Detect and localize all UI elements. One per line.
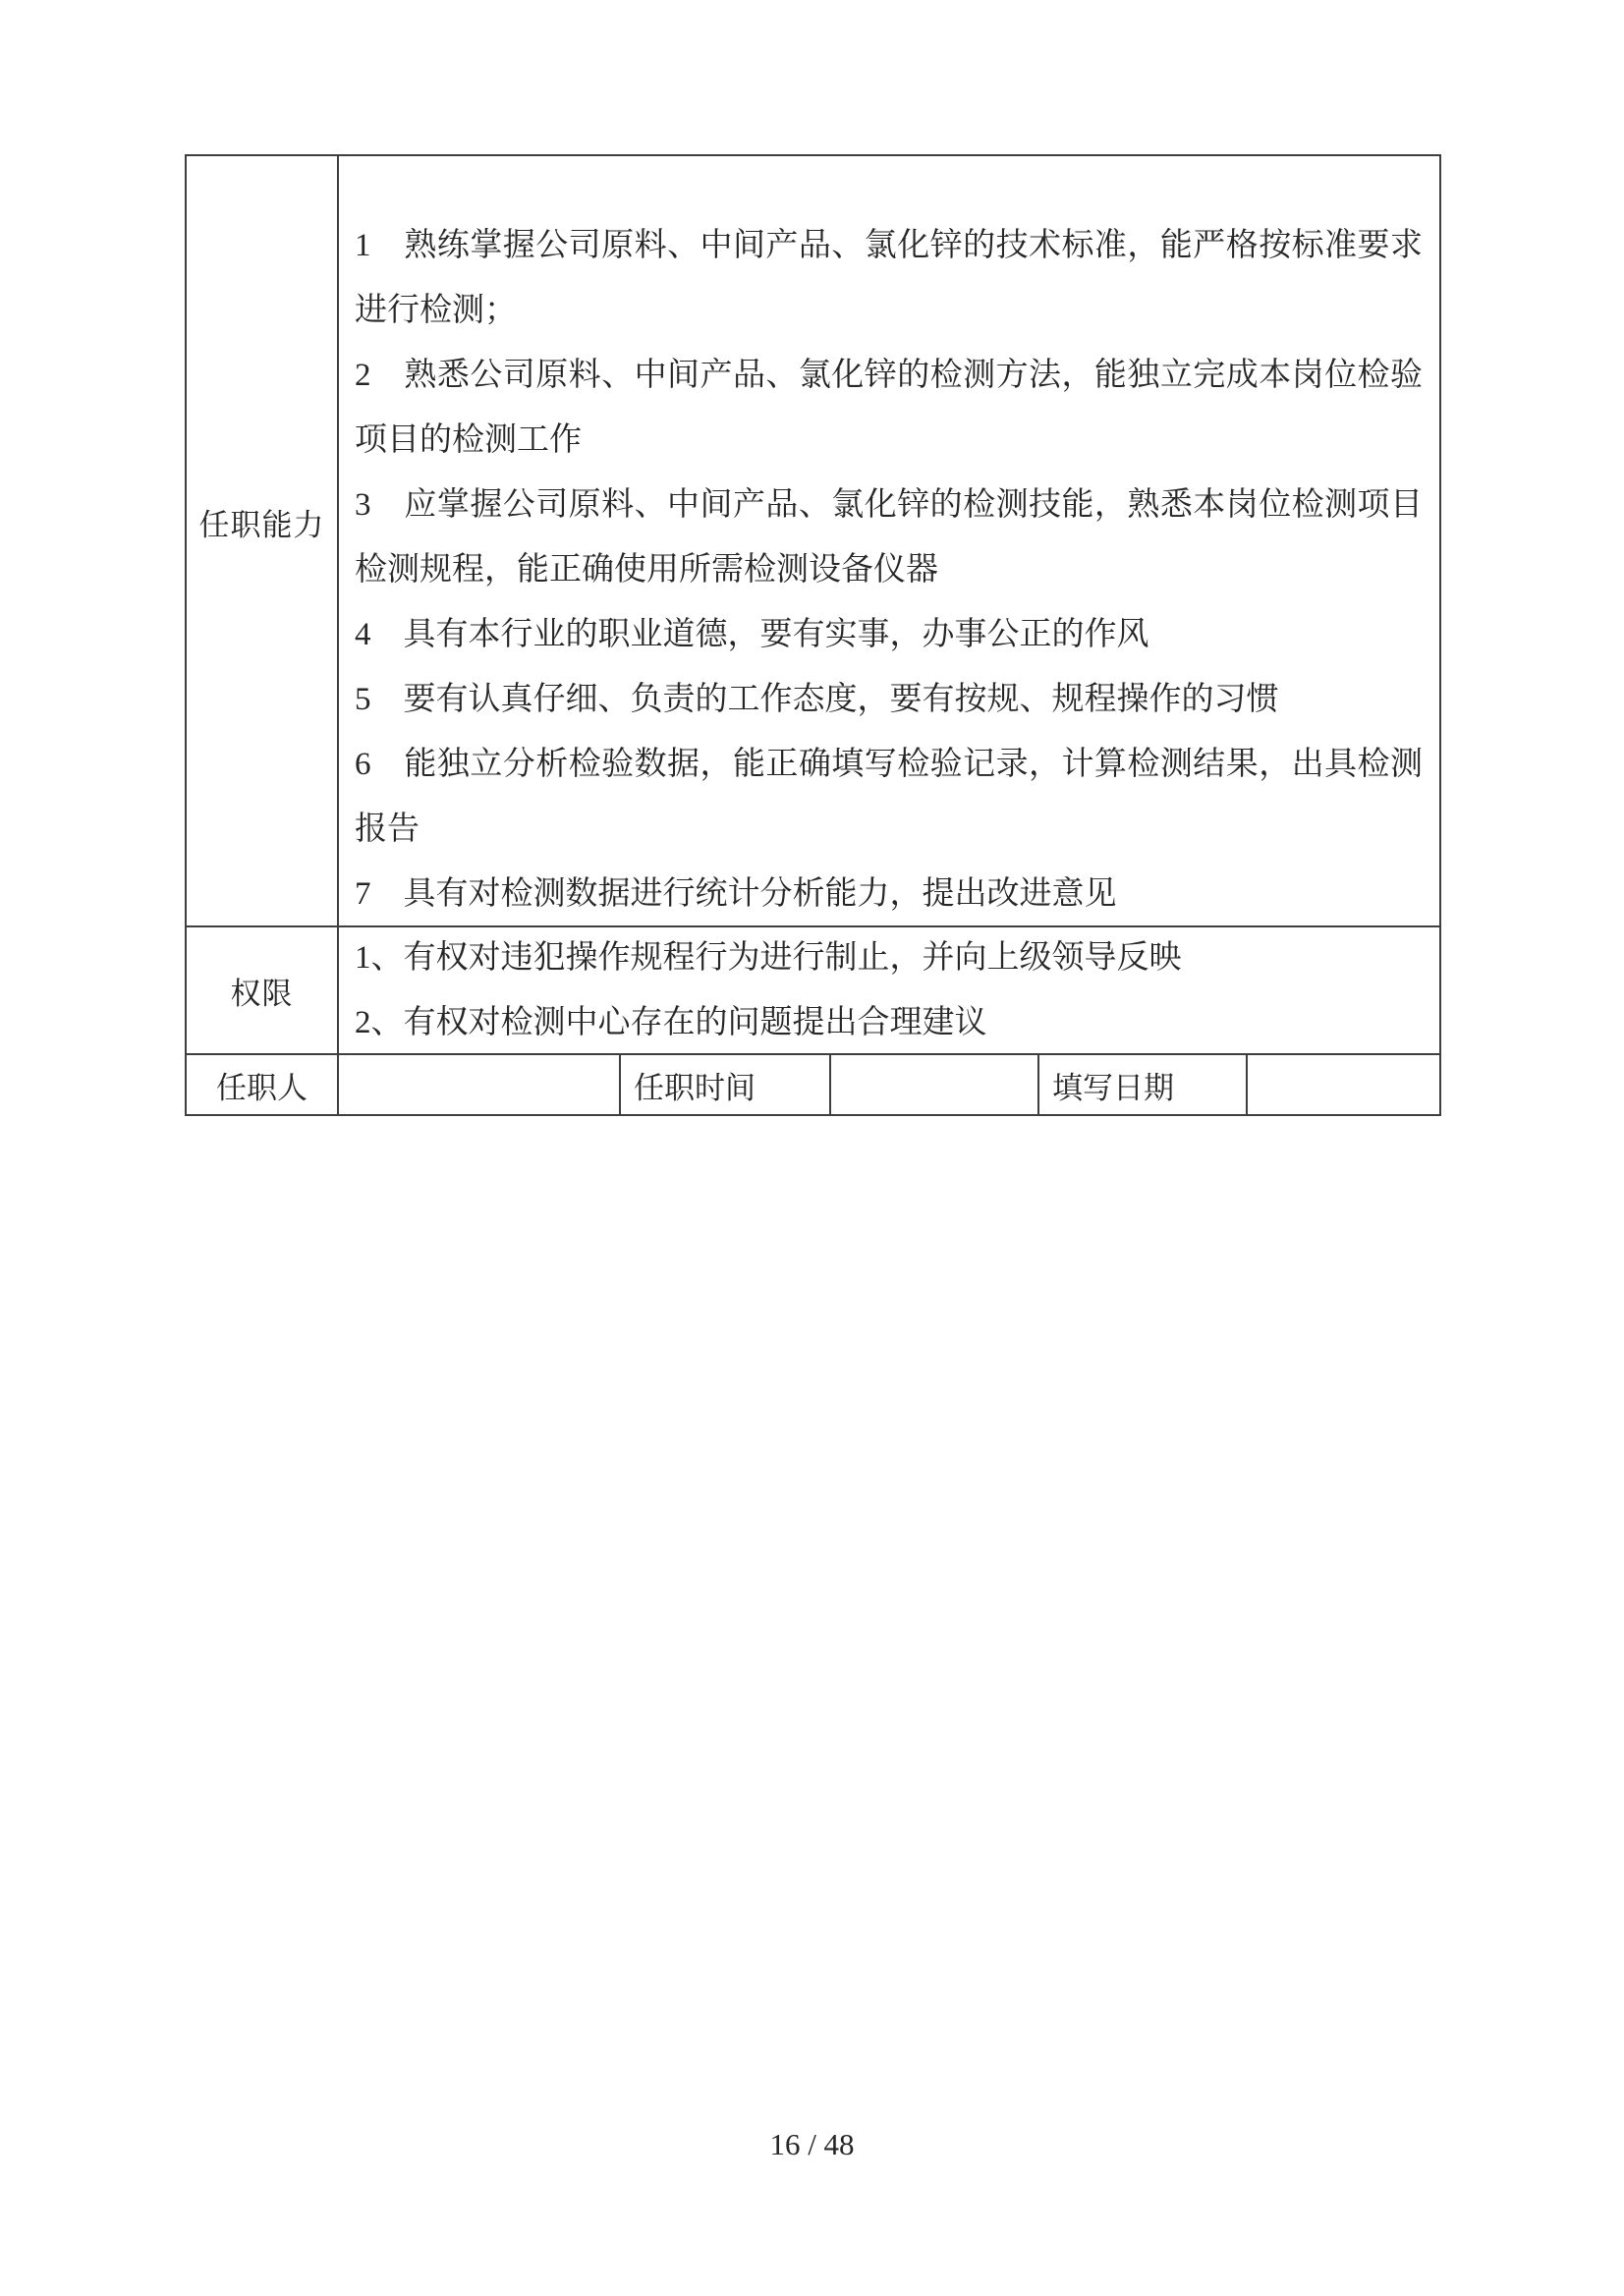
text-line: 6 能独立分析检验数据，能正确填写检验记录，计算检测结果，出具检测 <box>355 732 1423 797</box>
incumbent-value-cell <box>339 1055 621 1114</box>
capability-row: 任职能力 1 熟练掌握公司原料、中间产品、氯化锌的技术标准，能严格按标准要求进行… <box>187 156 1439 925</box>
signature-row: 任职人 任职时间 填写日期 <box>187 1053 1439 1114</box>
tenure-label-cell: 任职时间 <box>621 1055 831 1114</box>
text-line: 1 熟练掌握公司原料、中间产品、氯化锌的技术标准，能严格按标准要求 <box>355 213 1423 278</box>
authority-row: 权限 1、有权对违犯操作规程行为进行制止，并向上级领导反映2、有权对检测中心存在… <box>187 925 1439 1053</box>
tenure-value-cell <box>831 1055 1039 1114</box>
text-line: 7 具有对检测数据进行统计分析能力，提出改进意见 <box>355 862 1423 925</box>
page-number: 16 / 48 <box>0 2127 1624 2162</box>
text-line: 进行检测； <box>355 278 1423 343</box>
capability-content-cell: 1 熟练掌握公司原料、中间产品、氯化锌的技术标准，能严格按标准要求进行检测；2 … <box>339 156 1439 925</box>
text-line: 报告 <box>355 797 1423 862</box>
incumbent-label: 任职人 <box>216 1063 308 1107</box>
text-line: 2 熟悉公司原料、中间产品、氯化锌的检测方法，能独立完成本岗位检验 <box>355 343 1423 408</box>
authority-label: 权限 <box>231 969 294 1013</box>
text-line: 1、有权对违犯操作规程行为进行制止，并向上级领导反映 <box>355 927 1423 990</box>
text-line: 4 具有本行业的职业道德，要有实事，办事公正的作风 <box>355 602 1423 667</box>
text-line: 检测规程，能正确使用所需检测设备仪器 <box>355 537 1423 602</box>
fill-date-value-cell <box>1248 1055 1439 1114</box>
tenure-label: 任职时间 <box>634 1063 756 1107</box>
authority-label-cell: 权限 <box>187 927 339 1053</box>
capability-label: 任职能力 <box>199 500 325 544</box>
fill-date-label: 填写日期 <box>1052 1063 1174 1107</box>
text-line: 项目的检测工作 <box>355 408 1423 473</box>
capability-label-cell: 任职能力 <box>187 156 339 925</box>
authority-content-cell: 1、有权对违犯操作规程行为进行制止，并向上级领导反映2、有权对检测中心存在的问题… <box>339 927 1439 1053</box>
incumbent-label-cell: 任职人 <box>187 1055 339 1114</box>
job-description-table: 任职能力 1 熟练掌握公司原料、中间产品、氯化锌的技术标准，能严格按标准要求进行… <box>185 154 1441 1116</box>
fill-date-label-cell: 填写日期 <box>1039 1055 1248 1114</box>
text-line: 5 要有认真仔细、负责的工作态度，要有按规、规程操作的习惯 <box>355 667 1423 732</box>
document-page: 任职能力 1 熟练掌握公司原料、中间产品、氯化锌的技术标准，能严格按标准要求进行… <box>0 0 1624 2296</box>
text-line: 2、有权对检测中心存在的问题提出合理建议 <box>355 990 1423 1053</box>
text-line: 3 应掌握公司原料、中间产品、氯化锌的检测技能，熟悉本岗位检测项目 <box>355 473 1423 537</box>
